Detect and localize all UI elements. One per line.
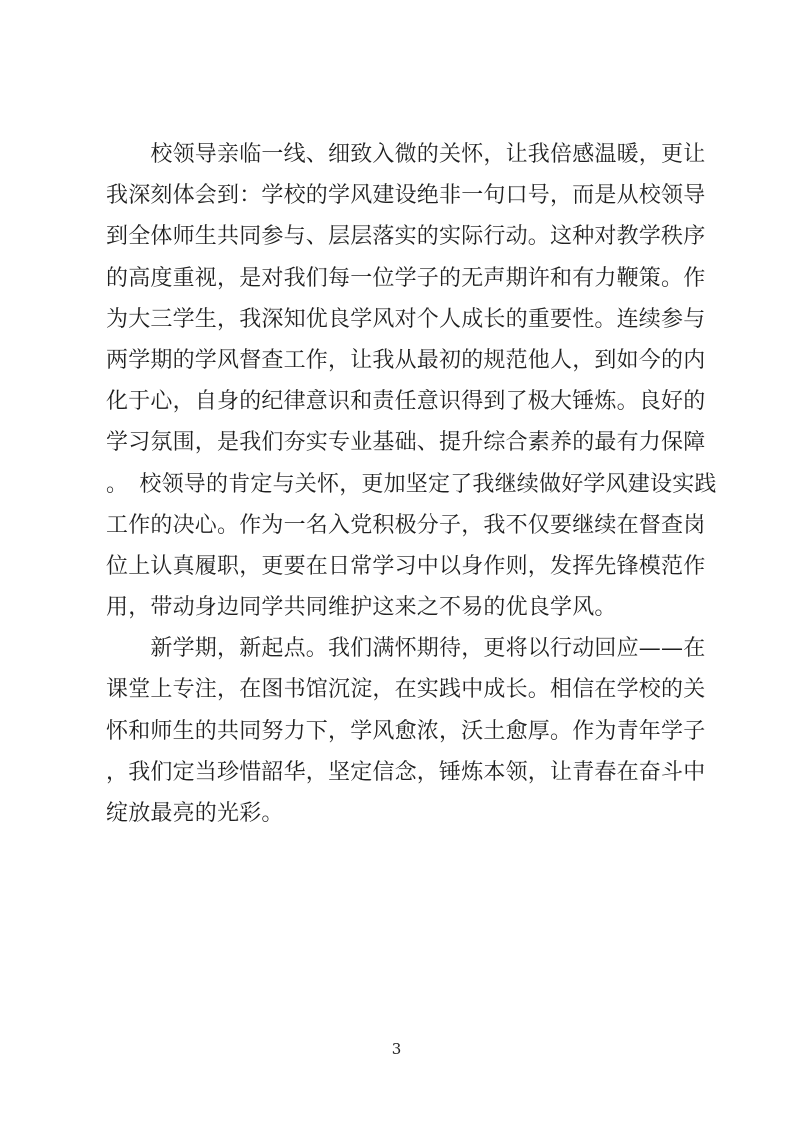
document-text-line: 用，带动身边同学共同维护这来之不易的优良学风。 [106,587,685,628]
document-text-line: 到全体师生共同参与、层层落实的实际行动。这种对教学秩序 [106,216,685,257]
document-text-line: 学习氛围，是我们夯实专业基础、提升综合素养的最有力保障 [106,422,685,463]
document-text-line: 位上认真履职，更要在日常学习中以身作则，发挥先锋模范作 [106,546,685,587]
document-text-line: 工作的决心。作为一名入党积极分子，我不仅要继续在督查岗 [106,505,685,546]
document-text-line: 。 校领导的肯定与关怀，更加坚定了我继续做好学风建设实践 [106,464,685,505]
page-number: 3 [0,1040,793,1058]
document-text-line: 绽放最亮的光彩。 [106,793,685,834]
document-text-line: 怀和师生的共同努力下，学风愈浓，沃土愈厚。作为青年学子 [106,711,685,752]
document-text-line: 新学期，新起点。我们满怀期待，更将以行动回应——在 [106,628,685,669]
document-text-line: 两学期的学风督查工作，让我从最初的规范他人，到如今的内 [106,340,685,381]
document-text-line: 我深刻体会到：学校的学风建设绝非一句口号，而是从校领导 [106,175,685,216]
document-text-line: 化于心，自身的纪律意识和责任意识得到了极大锤炼。良好的 [106,381,685,422]
document-text-line: 为大三学生，我深知优良学风对个人成长的重要性。连续参与 [106,299,685,340]
document-text-block: 校领导亲临一线、细致入微的关怀，让我倍感温暖，更让我深刻体会到：学校的学风建设绝… [106,134,685,834]
document-text-line: 校领导亲临一线、细致入微的关怀，让我倍感温暖，更让 [106,134,685,175]
document-text-line: ，我们定当珍惜韶华，坚定信念，锤炼本领，让青春在奋斗中 [106,752,685,793]
document-text-line: 课堂上专注，在图书馆沉淀，在实践中成长。相信在学校的关 [106,669,685,710]
document-text-line: 的高度重视，是对我们每一位学子的无声期许和有力鞭策。作 [106,258,685,299]
document-page: 校领导亲临一线、细致入微的关怀，让我倍感温暖，更让我深刻体会到：学校的学风建设绝… [0,0,793,1122]
